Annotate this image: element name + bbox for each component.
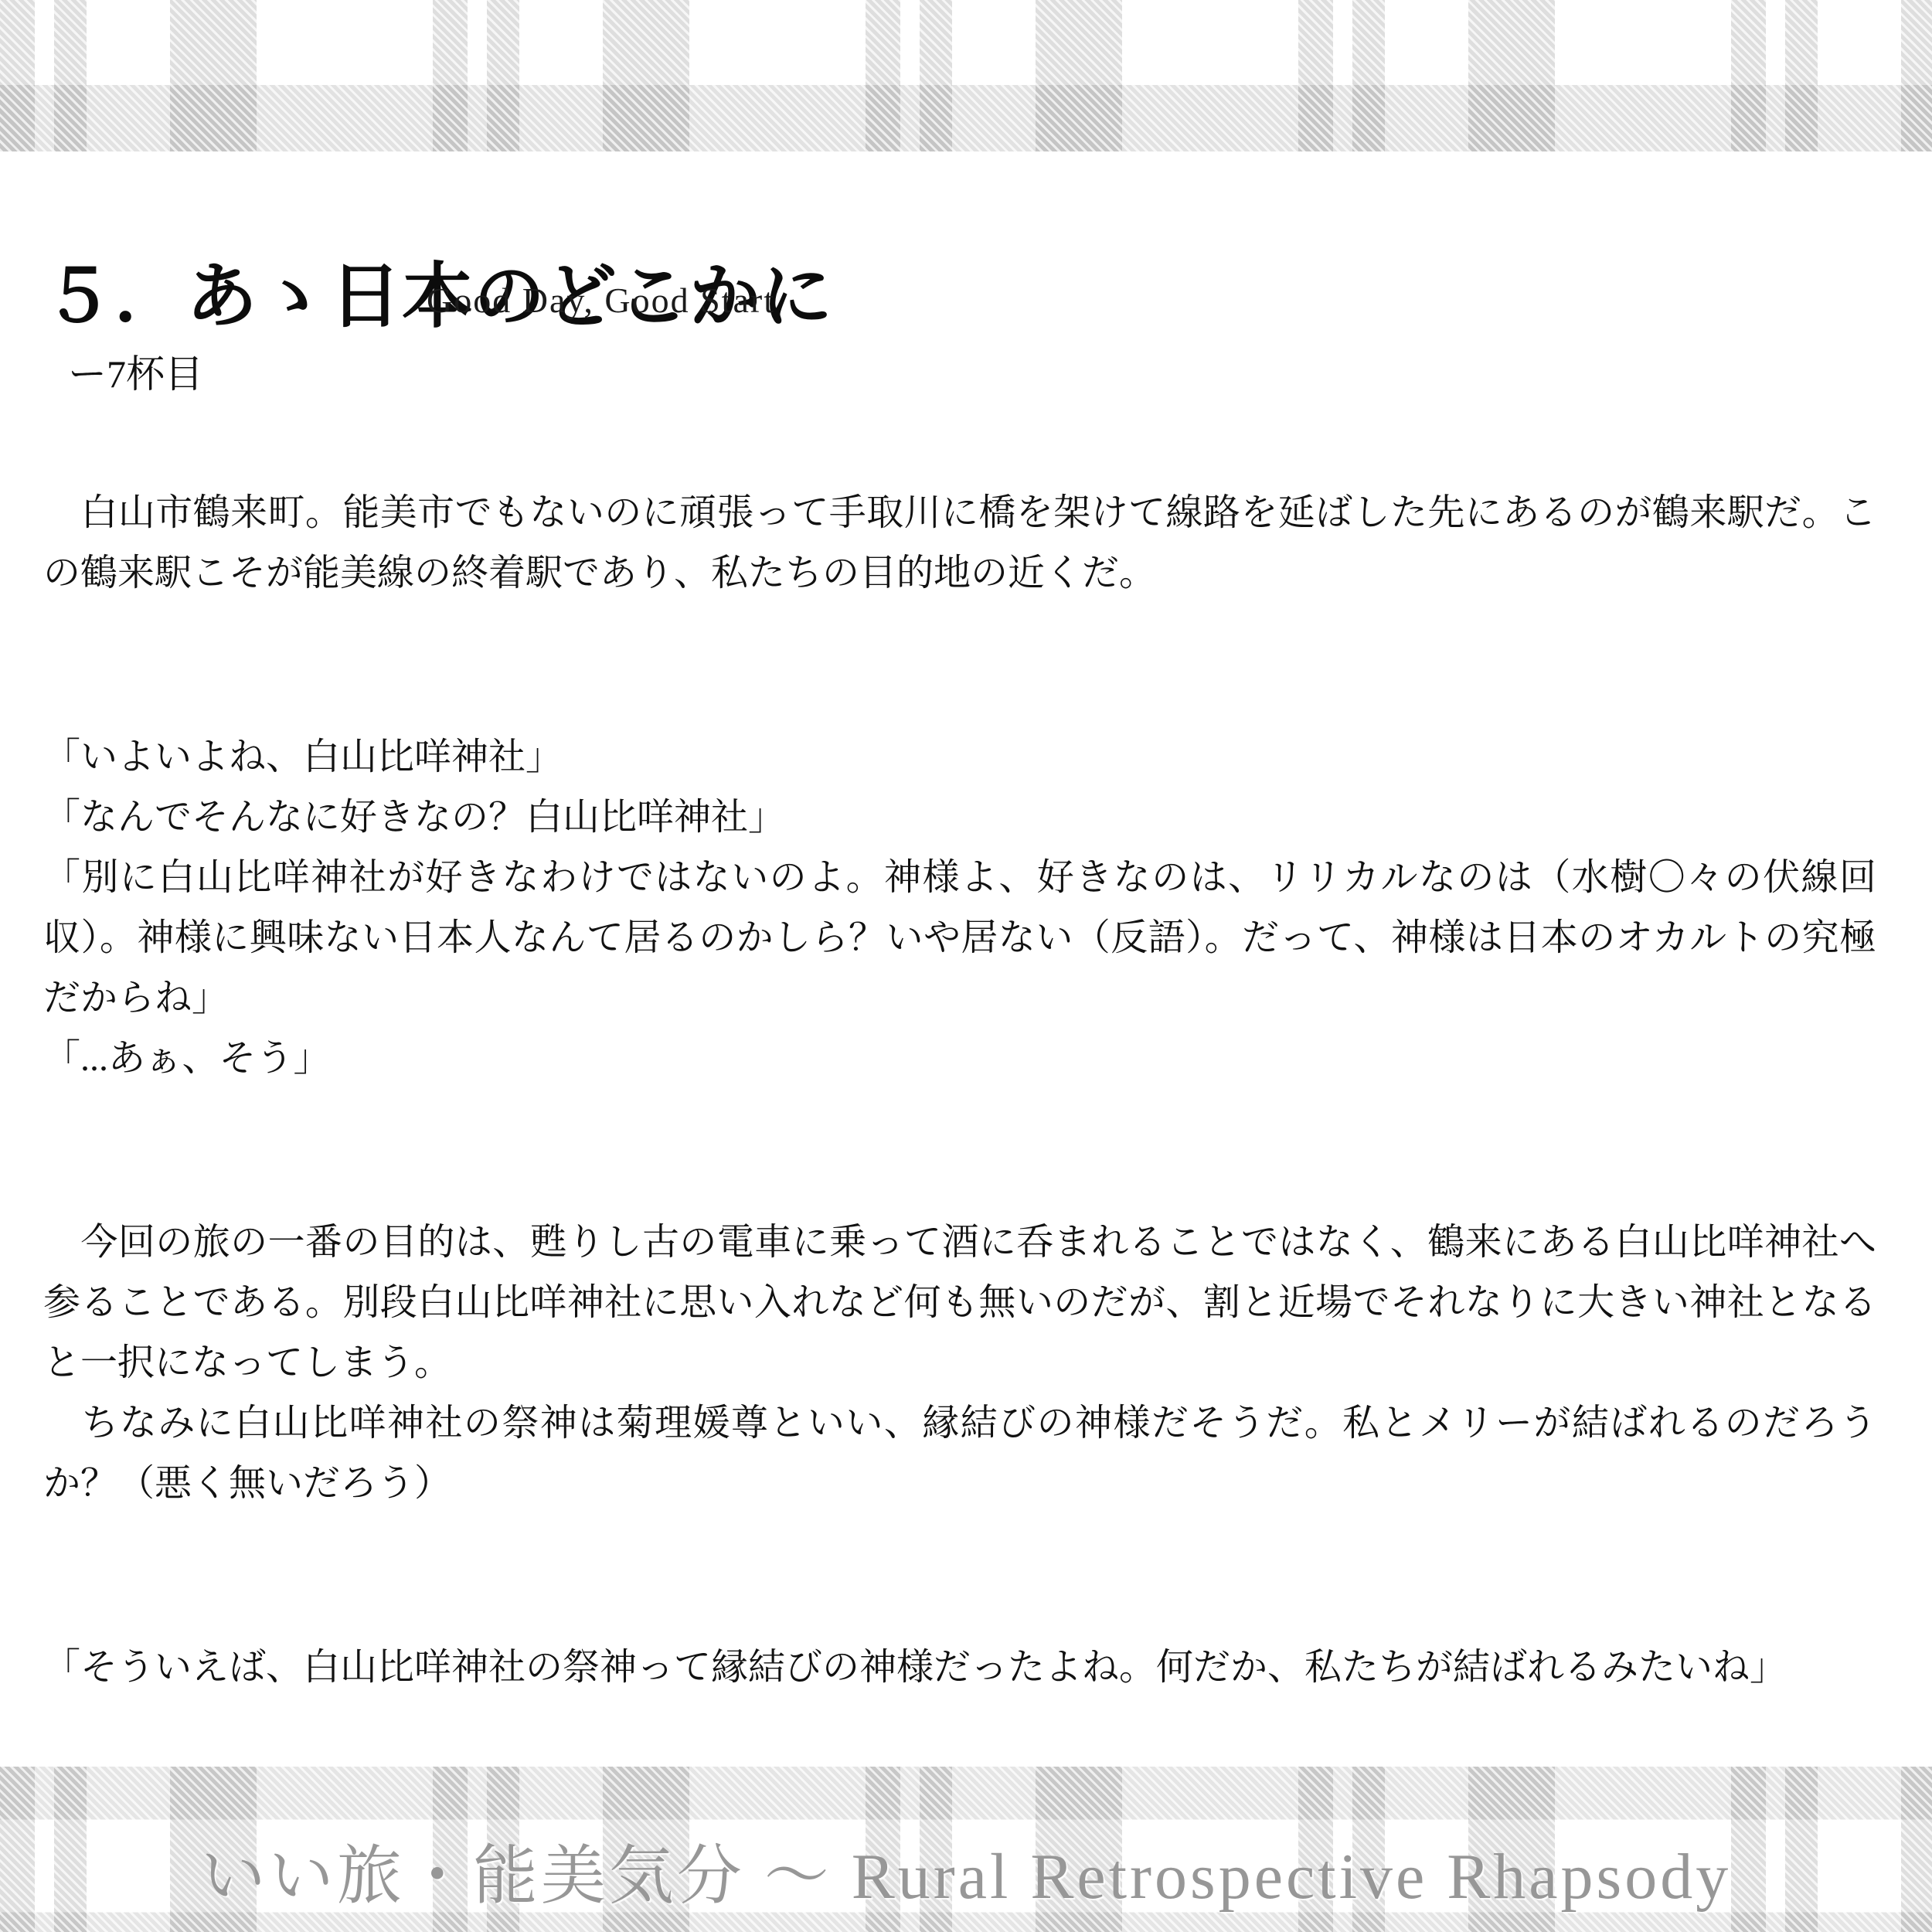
dialogue-line: 「そういえば、白山比咩神社の祭神って縁結びの神様だったよね。何だか、私たちが結ば… bbox=[43, 1638, 1876, 1698]
section-label: ー7杯目 bbox=[68, 343, 203, 399]
paragraph-narration: 今回の旅の一番の目的は、甦りし古の電車に乗って酒に呑まれることではなく、鶴来にあ… bbox=[43, 1213, 1876, 1393]
paragraph-narration: 白山市鶴来町。能美市でもないのに頑張って手取川に橋を架けて線路を延ばした先にある… bbox=[43, 483, 1876, 604]
plaid-band-top bbox=[0, 0, 1932, 151]
paragraph-narration: ちなみに白山比咩神社の祭神は菊理媛尊といい、縁結びの神様だそうだ。私とメリーが結… bbox=[43, 1393, 1876, 1514]
dialogue-line: 「なんでそんなに好きなの？白山比咩神社」 bbox=[43, 787, 1876, 848]
dialogue-line: 「別に白山比咩神社が好きなわけではないのよ。神様よ、好きなのは、リリカルなのは（… bbox=[43, 848, 1876, 1029]
book-title-footer: いい旅・能美気分 ～ Rural Retrospective Rhapsody bbox=[0, 1824, 1932, 1917]
chapter-subtitle: Good Day, Good Start bbox=[427, 280, 775, 321]
dialogue-line: 「いよいよね、白山比咩神社」 bbox=[43, 727, 1876, 787]
dialogue-line: 「...あぁ、そう」 bbox=[43, 1029, 1876, 1089]
body-text: 白山市鶴来町。能美市でもないのに頑張って手取川に橋を架けて線路を延ばした先にある… bbox=[43, 483, 1876, 1698]
